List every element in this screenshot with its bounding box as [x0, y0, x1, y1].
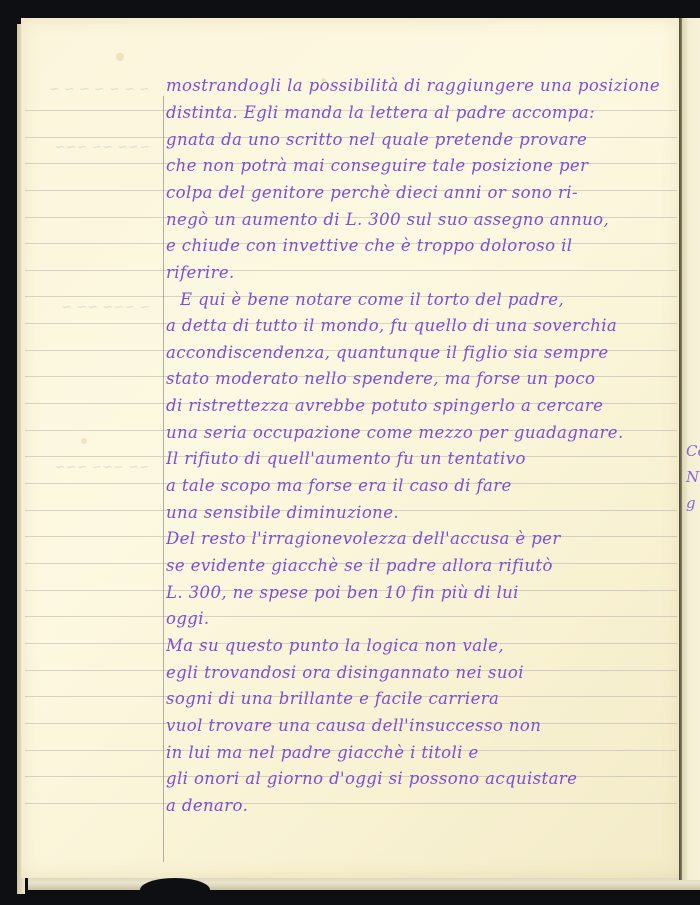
ink-bleed-through: ~ ~~~ ~~ ~ — [30, 300, 150, 310]
manuscript-line: a denaro. — [166, 790, 674, 822]
ink-bleed-through: ~ ~ ~ ~ ~ ~ ~ — [30, 82, 150, 92]
binding-gutter — [679, 18, 682, 880]
ink-bleed-through: ~~ ~~~ ~~~ — [30, 460, 150, 470]
facing-page-fragment: Co — [686, 442, 700, 460]
bottom-tear — [140, 878, 210, 902]
scanned-manuscript: ~ ~ ~ ~ ~ ~ ~ ~~~ ~~ ~~~ ~ ~~~ ~~ ~ ~~ ~… — [0, 0, 700, 905]
margin-rule — [163, 96, 164, 862]
facing-page-fragment: g — [686, 494, 696, 512]
paper-stain — [116, 53, 124, 61]
facing-page-fragment: N — [686, 468, 699, 486]
underlying-page-edge-bottom — [28, 876, 700, 890]
ink-bleed-through: ~~~ ~~ ~~~ — [30, 140, 150, 150]
paper-stain — [81, 438, 87, 444]
